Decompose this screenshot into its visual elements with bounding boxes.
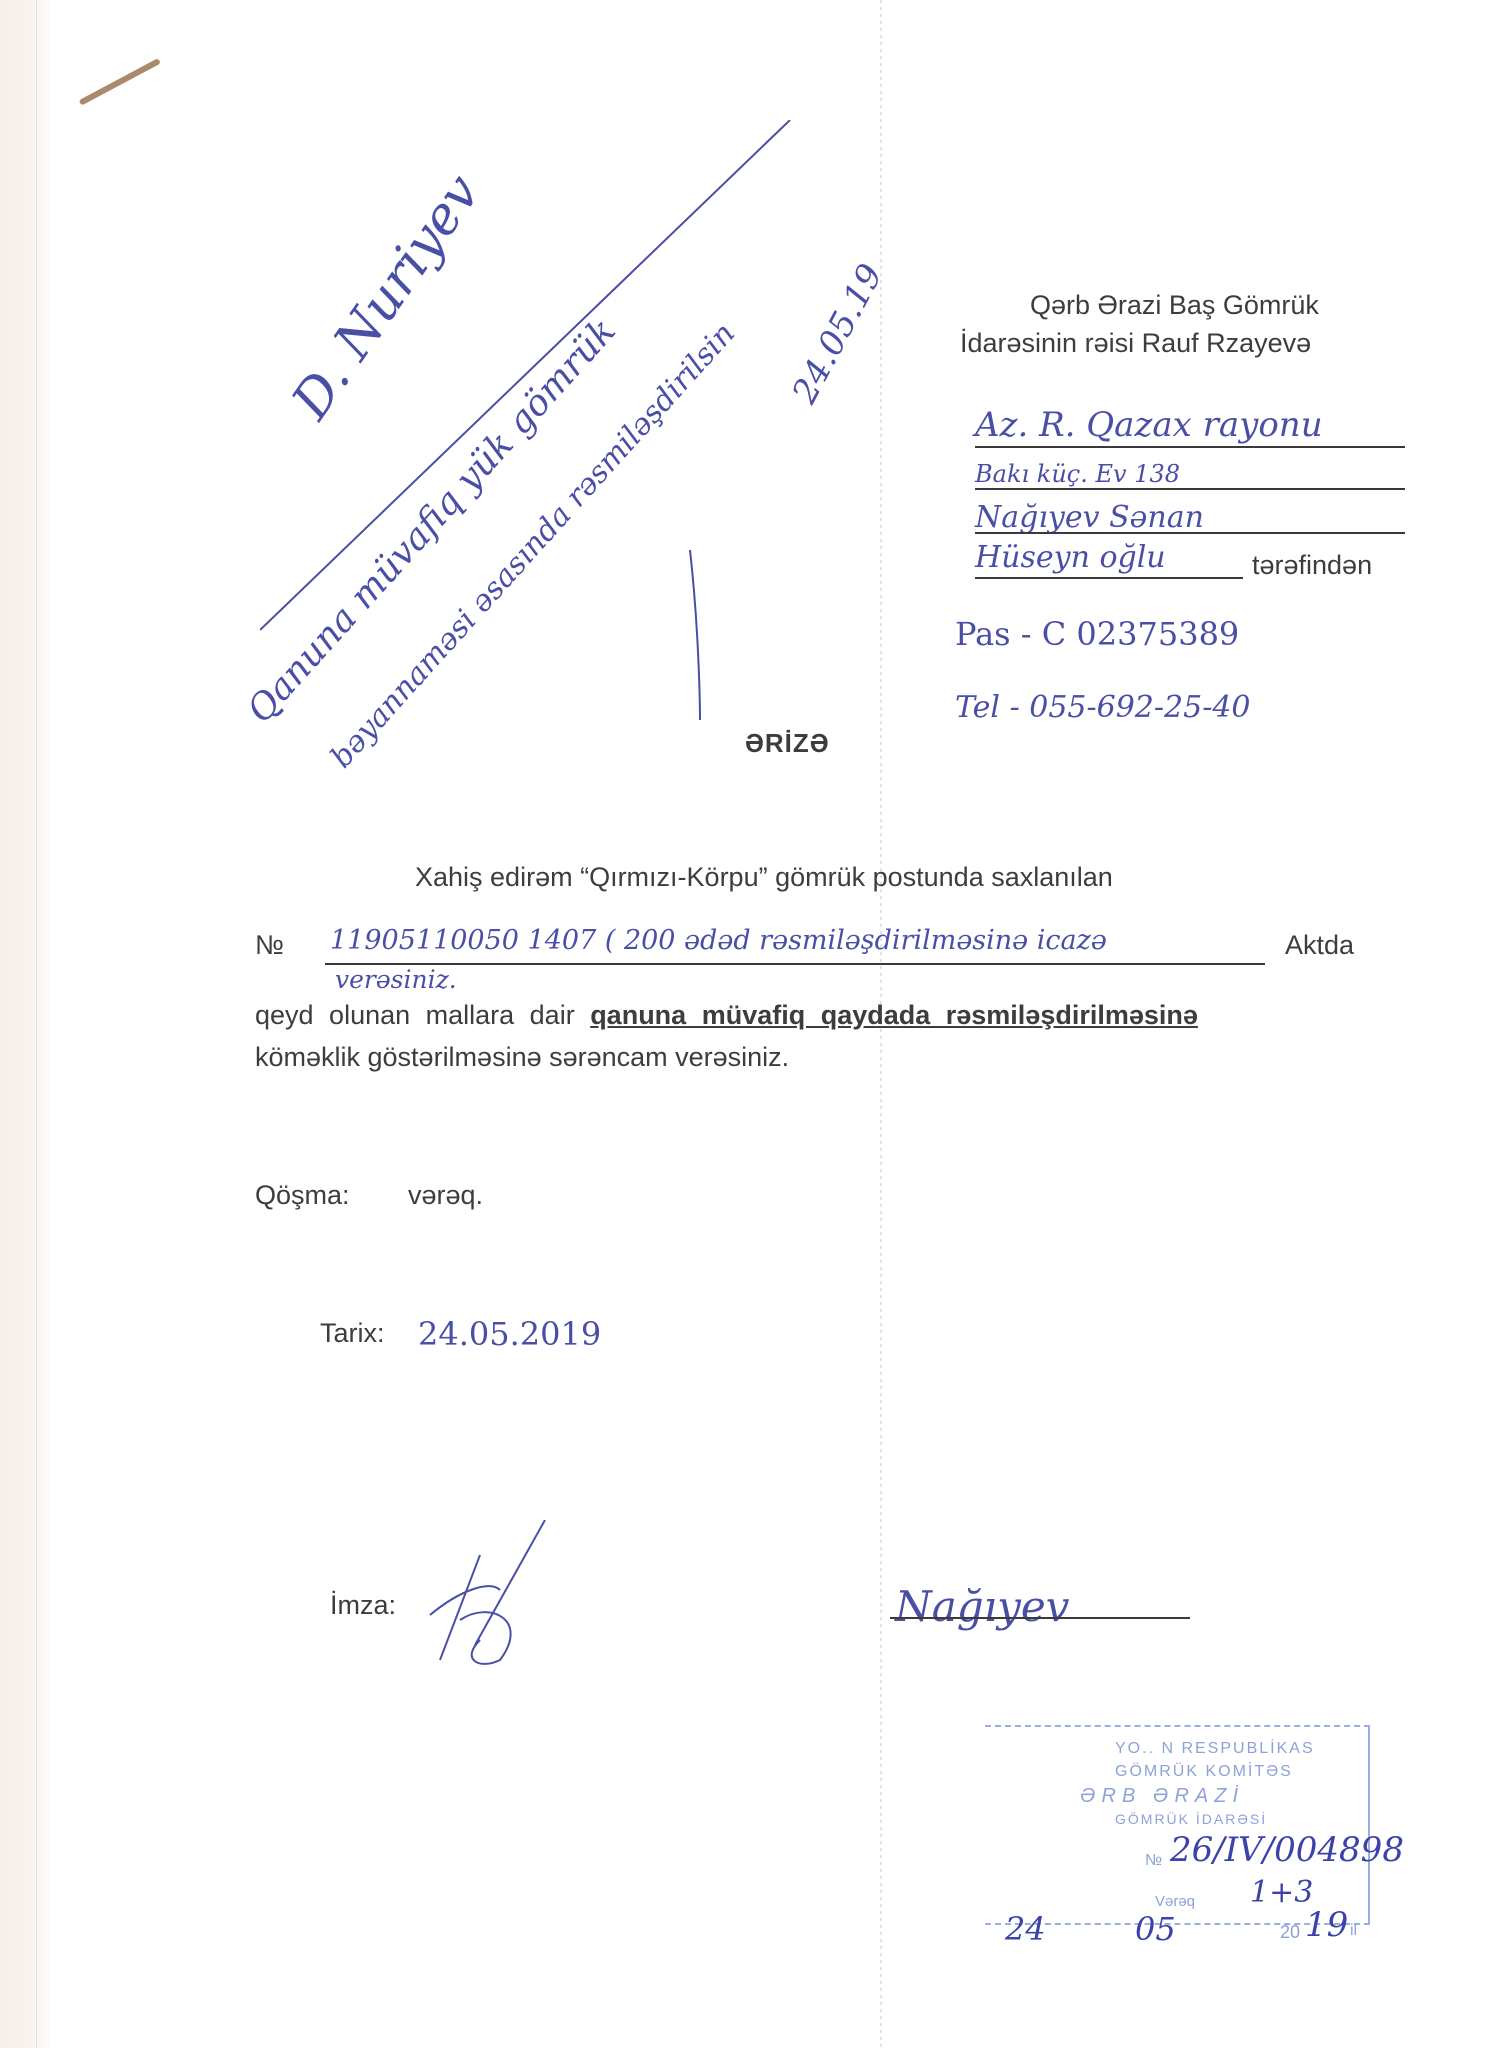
stamp-sheet-value: 1+3 xyxy=(1250,1875,1313,1910)
stamp-year-prefix: 20 xyxy=(1280,1922,1300,1943)
signature-label: İmza: xyxy=(330,1590,396,1621)
number-handwritten: 11905110050 1407 ( 200 ədəd rəsmiləşdiri… xyxy=(330,925,1107,956)
applicant-phone: Tel - 055-692-25-40 xyxy=(955,690,1251,725)
date-label: Tarix: xyxy=(320,1318,385,1349)
body-line1: Xahiş edirəm “Qırmızı-Körpu” gömrük post… xyxy=(415,862,1113,893)
stamp-day: 24 xyxy=(1005,1910,1046,1948)
applicant-name-line1: Nağıyev Sənan xyxy=(975,500,1204,535)
document-title: ƏRİZƏ xyxy=(745,728,830,759)
from-label: tərəfindən xyxy=(1252,550,1372,581)
stamp-line4: GÖMRÜK İDARƏSİ xyxy=(1115,1811,1267,1827)
addressee-line1: Qərb Ərazi Baş Gömrük xyxy=(1030,290,1319,321)
body-line4: köməklik göstərilməsinə sərəncam verəsin… xyxy=(255,1042,789,1073)
signature-rule xyxy=(890,1617,1190,1619)
signature-name: Nağıyev xyxy=(895,1582,1069,1631)
body-line3: qeyd olunan mallara dair qanuna müvafiq … xyxy=(255,1000,1198,1031)
attachment-value: vərəq. xyxy=(408,1180,483,1211)
number-label: № xyxy=(255,930,284,961)
applicant-name-line2: Hüseyn oğlu xyxy=(975,540,1166,575)
name-line1-rule xyxy=(975,532,1405,534)
attachment-label: Qöşma: xyxy=(255,1180,350,1211)
address-line1-rule xyxy=(975,446,1405,448)
scan-edge-line xyxy=(36,0,37,2048)
date-value: 24.05.2019 xyxy=(418,1315,601,1353)
stamp-line2: GÖMRÜK KOMİTƏS xyxy=(1115,1763,1293,1781)
applicant-passport: Pas - C 02375389 xyxy=(955,615,1239,653)
stamp-year-suffix: 19 xyxy=(1305,1905,1348,1945)
addressee-line2: İdarəsinin rəisi Rauf Rzayevə xyxy=(960,328,1311,359)
stamp-number-value: 26/IV/004898 xyxy=(1170,1830,1404,1870)
resolution-annotation: D. Nuriyev Qanuna müvafiq yük gömrük bəy… xyxy=(260,120,960,770)
number-rule xyxy=(325,963,1265,965)
akt-label: Aktda xyxy=(1285,930,1354,961)
body-line3-prefix: qeyd olunan mallara dair xyxy=(255,1000,590,1030)
address-line2-rule xyxy=(975,488,1405,490)
name-line2-rule xyxy=(975,577,1243,579)
stamp-line1: YO.. N RESPUBLİKAS xyxy=(1115,1740,1315,1758)
stamp-number-label: № xyxy=(1145,1852,1164,1870)
handwritten-continuation: verəsiniz. xyxy=(335,965,457,994)
applicant-address-line2: Bakı küç. Ev 138 xyxy=(975,460,1180,488)
stamp-month: 05 xyxy=(1135,1910,1176,1948)
body-line3-emphasis: qanuna müvafiq qaydada rəsmiləşdirilməsi… xyxy=(590,1000,1198,1030)
signature-scribble xyxy=(420,1520,550,1670)
staple-mark xyxy=(79,58,161,106)
stamp-sheet-label: Vərəq xyxy=(1155,1893,1195,1910)
applicant-address-line1: Az. R. Qazax rayonu xyxy=(975,405,1323,445)
registration-stamp: YO.. N RESPUBLİKAS GÖMRÜK KOMİTƏS ƏRB ƏR… xyxy=(965,1715,1370,1945)
stamp-line3: ƏRB ƏRAZİ xyxy=(1080,1785,1244,1808)
stamp-year-label: il xyxy=(1350,1922,1357,1940)
scan-edge xyxy=(0,0,50,2048)
